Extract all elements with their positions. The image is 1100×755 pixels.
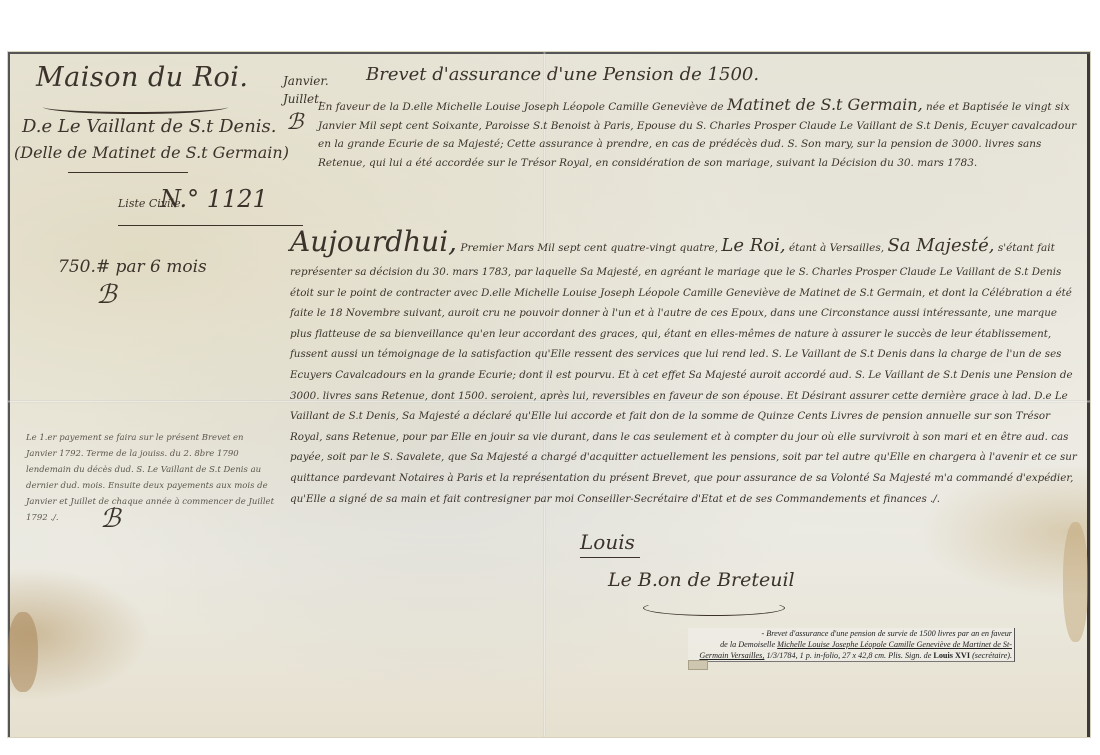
divider-rule bbox=[68, 172, 188, 173]
secretary-signature-flourish bbox=[643, 600, 785, 616]
caption-line2: de la Demoiselle Michelle Louise Josephe… bbox=[688, 639, 1012, 650]
catalog-caption: - Brevet d'assurance d'une pension de su… bbox=[688, 628, 1015, 662]
amount-per-six-months: 750.# par 6 mois bbox=[58, 257, 207, 277]
stain-right bbox=[1063, 522, 1088, 642]
heading-flourish bbox=[43, 100, 228, 114]
caption-line3: Germain Versailles, 1/3/1784, 1 p. in-fo… bbox=[688, 650, 1012, 661]
stain-left bbox=[8, 612, 38, 692]
opening-tail: s'étant fait bbox=[998, 242, 1055, 254]
opening-word: Aujourdhui, bbox=[290, 225, 457, 258]
caption-tape bbox=[688, 660, 708, 670]
number-underline bbox=[118, 225, 303, 226]
maison-du-roi-heading: Maison du Roi. bbox=[36, 62, 249, 93]
payment-schedule-note: Le 1.er payement se faira sur le présent… bbox=[26, 430, 276, 526]
king-signature: Louis bbox=[580, 530, 635, 554]
paraph-mark-icon-2: ℬ bbox=[100, 504, 120, 534]
brevet-body-text: représenter sa décision du 30. mars 1783… bbox=[290, 262, 1080, 509]
beneficiary-name-line2: (Delle de Matinet de S.t Germain) bbox=[14, 143, 289, 162]
brevet-title: Brevet d'assurance d'une Pension de 1500… bbox=[366, 64, 759, 85]
sa-majeste: Sa Majesté, bbox=[887, 235, 994, 256]
preamble-name: Matinet de S.t Germain, bbox=[727, 95, 923, 114]
secretary-signature: Le B.on de Breteuil bbox=[608, 569, 795, 591]
body-opening-line: Aujourdhui, Premier Mars Mil sept cent q… bbox=[290, 234, 1080, 256]
place: étant à Versailles, bbox=[789, 242, 884, 254]
beneficiary-name-line1: D.e Le Vaillant de S.t Denis. bbox=[22, 116, 277, 137]
preamble-part1: En faveur de la D.elle Michelle Louise J… bbox=[318, 101, 724, 113]
king-signature-flourish bbox=[580, 557, 640, 558]
le-roi: Le Roi, bbox=[721, 235, 785, 256]
paraph-mark-icon: ℬ bbox=[96, 280, 116, 310]
brevet-preamble: En faveur de la D.elle Michelle Louise J… bbox=[318, 96, 1078, 172]
paraph-mark-icon-top: ℬ bbox=[286, 110, 303, 135]
month-janvier: Janvier. bbox=[283, 72, 353, 90]
caption-line1: - Brevet d'assurance d'une pension de su… bbox=[688, 628, 1012, 639]
opening-date: Premier Mars Mil sept cent quatre-vingt … bbox=[460, 242, 718, 254]
document-number: N.° 1121 bbox=[160, 185, 268, 213]
